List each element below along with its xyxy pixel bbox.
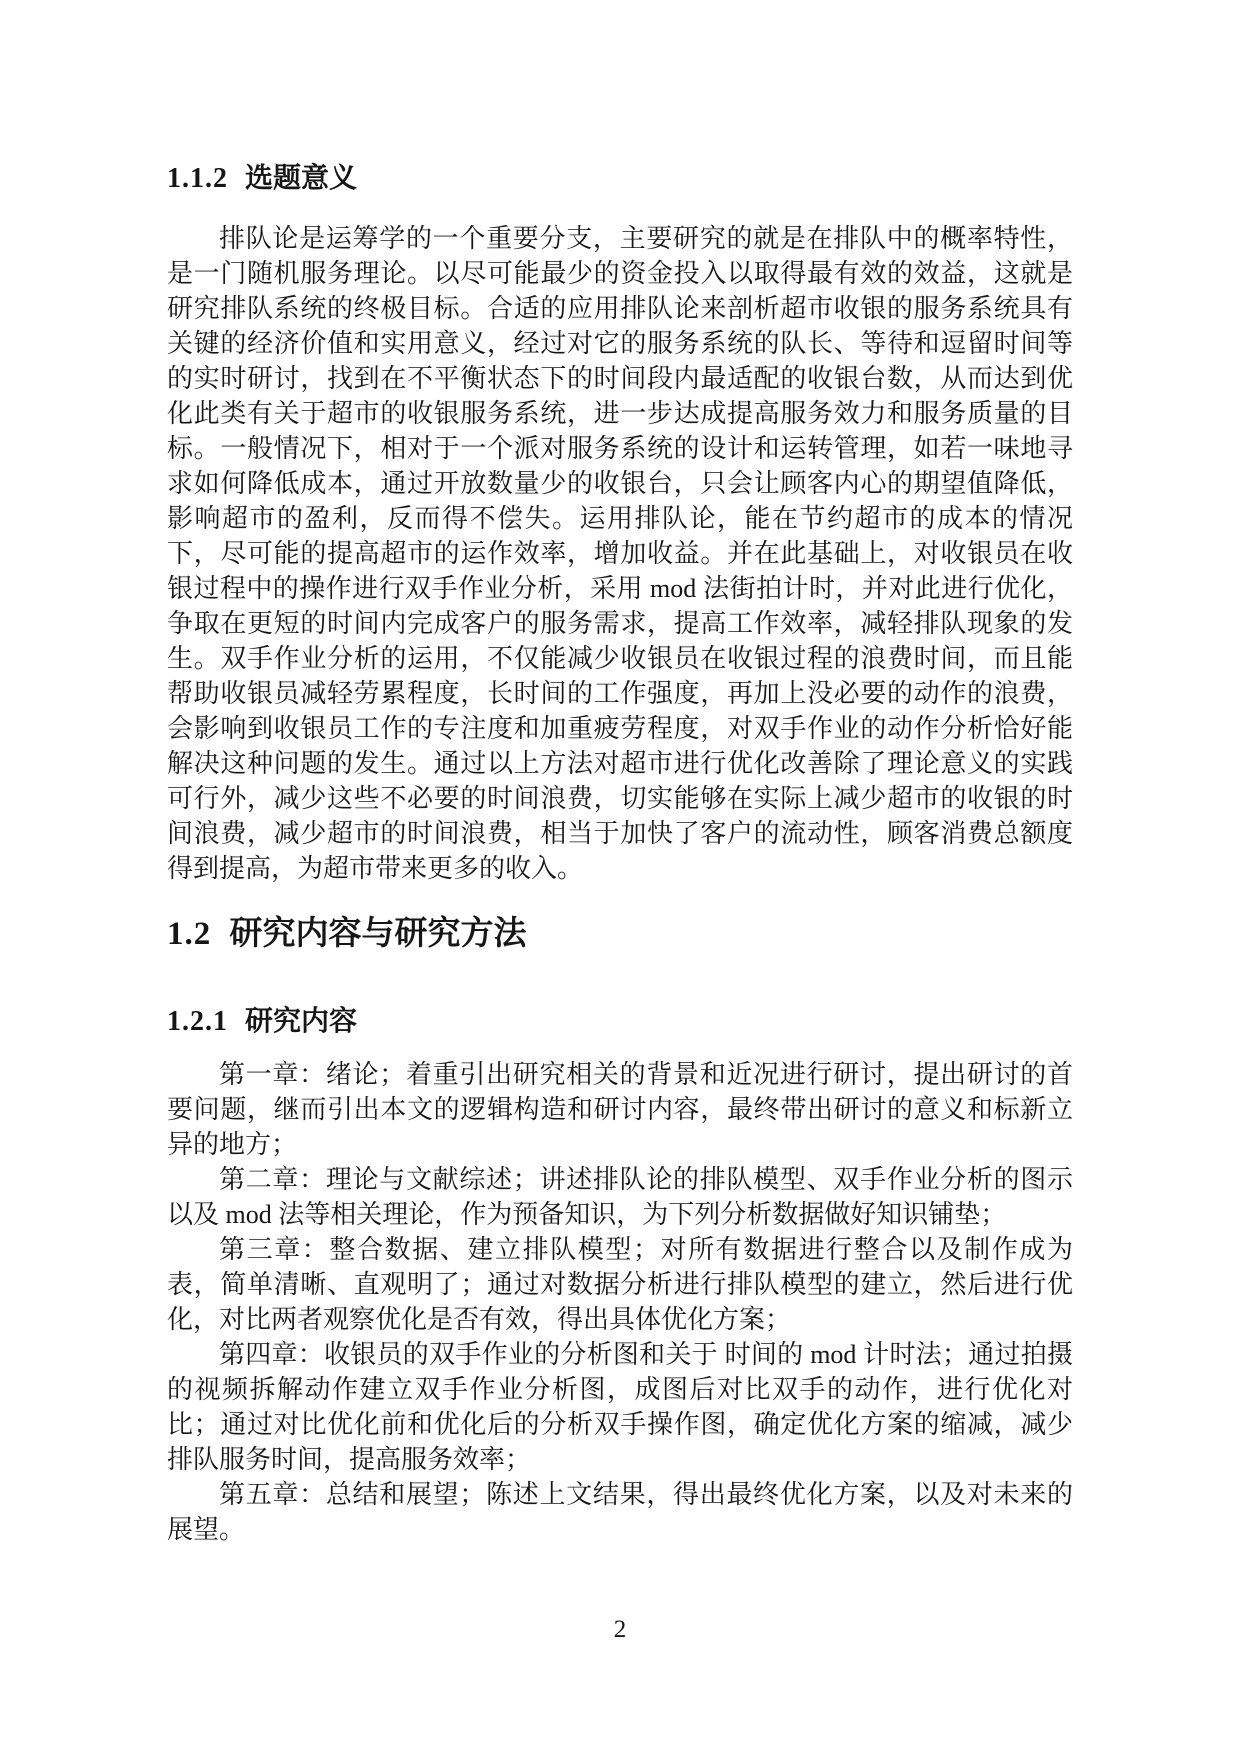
heading-1-1-2-title: 选题意义 bbox=[245, 162, 357, 193]
heading-1-2-1-number: 1.2.1 bbox=[167, 1006, 228, 1037]
heading-1-2-1-title: 研究内容 bbox=[245, 1005, 357, 1036]
paragraph-chapter-5: 第五章：总结和展望；陈述上文结果，得出最终优化方案，以及对未来的展望。 bbox=[167, 1477, 1073, 1547]
paragraph-topic-significance: 排队论是运筹学的一个重要分支，主要研究的就是在排队中的概率特性，是一门随机服务理… bbox=[167, 221, 1073, 886]
page-content: 1.1.2 选题意义 排队论是运筹学的一个重要分支，主要研究的就是在排队中的概率… bbox=[167, 0, 1073, 1547]
heading-1-1-2-number: 1.1.2 bbox=[167, 163, 228, 194]
paragraph-chapter-1: 第一章：绪论；着重引出研究相关的背景和近况进行研讨，提出研讨的首要问题，继而引出… bbox=[167, 1057, 1073, 1162]
heading-1-1-2: 1.1.2 选题意义 bbox=[167, 161, 1073, 196]
paragraph-chapter-4: 第四章：收银员的双手作业的分析图和关于 时间的 mod 计时法；通过拍摄的视频拆… bbox=[167, 1337, 1073, 1477]
page-number: 2 bbox=[0, 1616, 1240, 1644]
heading-1-2-title: 研究内容与研究方法 bbox=[230, 914, 527, 951]
heading-1-2-1: 1.2.1 研究内容 bbox=[167, 1004, 1073, 1039]
chapter-list: 第一章：绪论；着重引出研究相关的背景和近况进行研讨，提出研讨的首要问题，继而引出… bbox=[167, 1057, 1073, 1547]
document-page: 1.1.2 选题意义 排队论是运筹学的一个重要分支，主要研究的就是在排队中的概率… bbox=[0, 0, 1240, 1754]
paragraph-chapter-2: 第二章：理论与文献综述；讲述排队论的排队模型、双手作业分析的图示以及 mod 法… bbox=[167, 1162, 1073, 1232]
heading-1-2-number: 1.2 bbox=[167, 916, 211, 952]
heading-1-2: 1.2 研究内容与研究方法 bbox=[167, 913, 1073, 954]
paragraph-chapter-3: 第三章：整合数据、建立排队模型；对所有数据进行整合以及制作成为表，简单清晰、直观… bbox=[167, 1232, 1073, 1337]
